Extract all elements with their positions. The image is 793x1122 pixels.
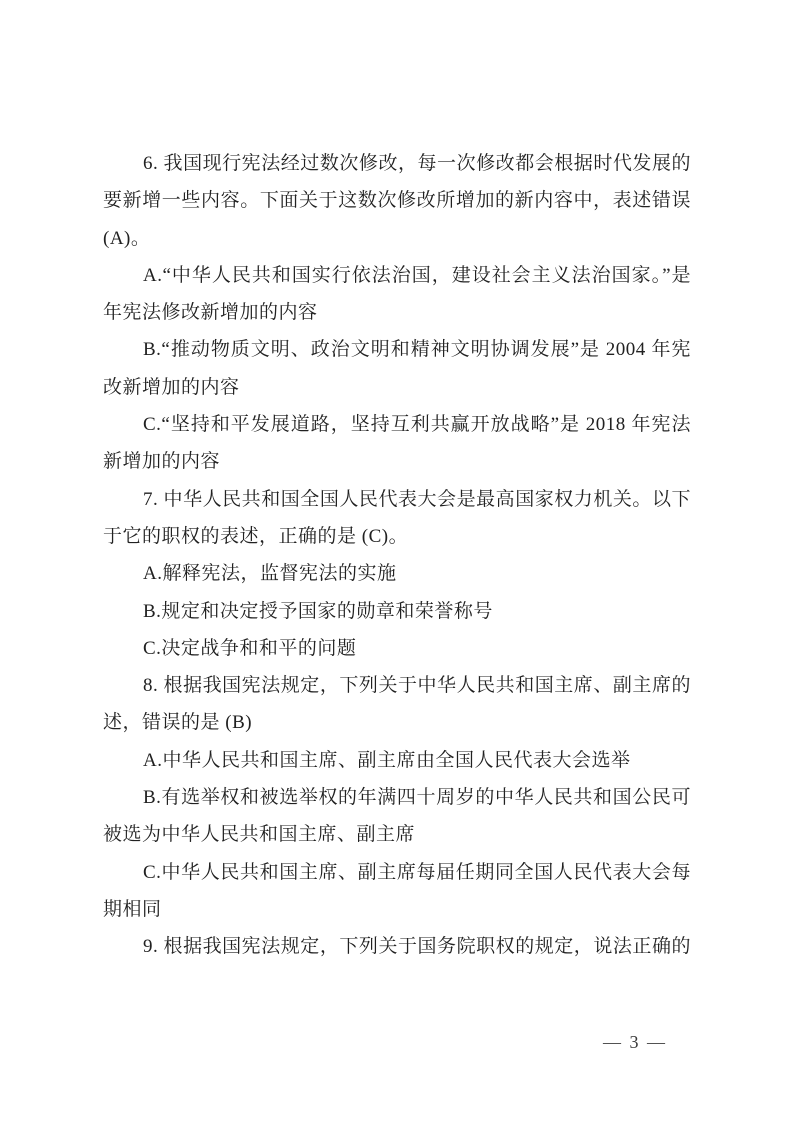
question-8-line: 述，错误的是 (B) [103,704,691,741]
text-block: 6. 我国现行宪法经过数次修改，每一次修改都会根据时代发展的需 要新增一些内容。… [103,145,691,966]
question-8-option-c: C.中华人民共和国主席、副主席每届任期同全国人民代表大会每届任 [103,854,691,891]
question-7-option-b: B.规定和决定授予国家的勋章和荣誉称号 [103,593,691,630]
question-9-line: 9. 根据我国宪法规定，下列关于国务院职权的规定，说法正确的是 [103,928,691,965]
question-6-option-b: B.“推动物质文明、政治文明和精神文明协调发展”是 2004 年宪法修 [103,331,691,368]
question-6-line: 要新增一些内容。下面关于这数次修改所增加的新内容中，表述错误的是 [103,182,691,219]
question-6-option-b: 改新增加的内容 [103,369,691,406]
question-7-option-a: A.解释宪法，监督宪法的实施 [103,555,691,592]
question-6-answer: (A)。 [103,220,691,257]
question-6-option-c: 新增加的内容 [103,443,691,480]
question-8-line: 8. 根据我国宪法规定，下列关于中华人民共和国主席、副主席的表 [103,667,691,704]
question-7-line: 于它的职权的表述，正确的是 (C)。 [103,518,691,555]
question-8-option-b: 被选为中华人民共和国主席、副主席 [103,816,691,853]
question-6-option-a: A.“中华人民共和国实行依法治国，建设社会主义法治国家。”是 1993 [103,257,691,294]
question-6-option-a: 年宪法修改新增加的内容 [103,294,691,331]
question-6-option-c: C.“坚持和平发展道路，坚持互利共赢开放战略”是 2018 年宪法修改 [103,406,691,443]
question-7-option-c: C.决定战争和和平的问题 [103,630,691,667]
question-8-option-a: A.中华人民共和国主席、副主席由全国人民代表大会选举 [103,742,691,779]
question-6-line: 6. 我国现行宪法经过数次修改，每一次修改都会根据时代发展的需 [103,145,691,182]
page-number: — 3 — [575,1028,695,1056]
exam-document-page: 6. 我国现行宪法经过数次修改，每一次修改都会根据时代发展的需 要新增一些内容。… [0,0,793,1122]
question-8-option-c: 期相同 [103,891,691,928]
question-7-line: 7. 中华人民共和国全国人民代表大会是最高国家权力机关。以下关 [103,481,691,518]
question-8-option-b: B.有选举权和被选举权的年满四十周岁的中华人民共和国公民可以 [103,779,691,816]
